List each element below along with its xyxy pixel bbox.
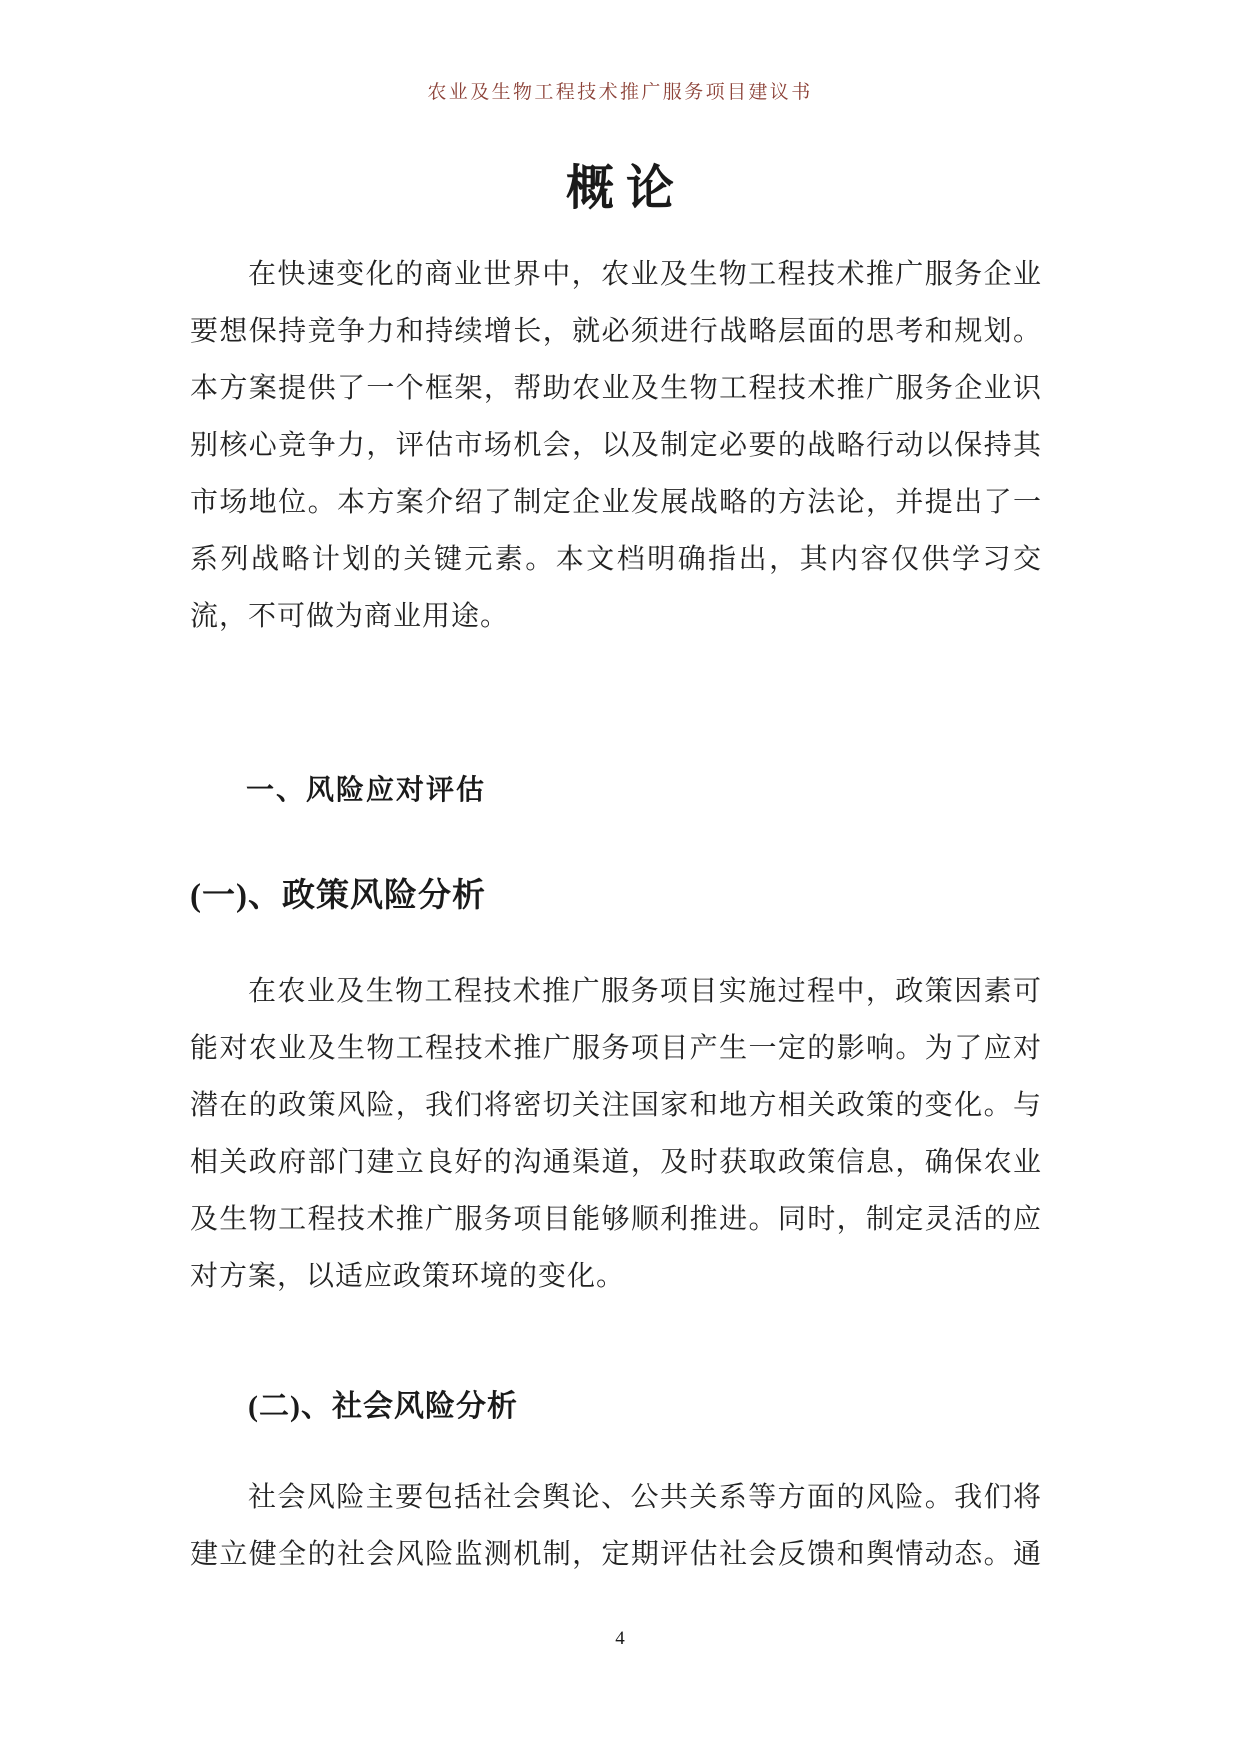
document-title: 概论 [0, 159, 1240, 219]
text-line: 系列战略计划的关键元素。本文档明确指出，其内容仅供学习交 [190, 531, 1042, 588]
text-line: 及生物工程技术推广服务项目能够顺利推进。同时，制定灵活的应 [190, 1191, 1042, 1248]
heading-policy-risk: (一)、政策风险分析 [190, 874, 1042, 918]
text-line: 在快速变化的商业世界中，农业及生物工程技术推广服务企业 [190, 246, 1042, 303]
text-line: 要想保持竞争力和持续增长，就必须进行战略层面的思考和规划。 [190, 303, 1042, 360]
document-page: 农业及生物工程技术推广服务项目建议书 概论 在快速变化的商业世界中，农业及生物工… [0, 0, 1240, 1753]
heading-social-risk: (二)、社会风险分析 [190, 1386, 1042, 1428]
heading-risk-assessment: 一、风险应对评估 [190, 771, 1042, 811]
text-line: 能对农业及生物工程技术推广服务项目产生一定的影响。为了应对 [190, 1020, 1042, 1077]
text-line: 相关政府部门建立良好的沟通渠道，及时获取政策信息，确保农业 [190, 1134, 1042, 1191]
text-line: 市场地位。本方案介绍了制定企业发展战略的方法论，并提出了一 [190, 474, 1042, 531]
text-line: 别核心竞争力，评估市场机会，以及制定必要的战略行动以保持其 [190, 417, 1042, 474]
paragraph-social-risk: 社会风险主要包括社会舆论、公共关系等方面的风险。我们将建立健全的社会风险监测机制… [190, 1469, 1042, 1583]
text-line: 社会风险主要包括社会舆论、公共关系等方面的风险。我们将 [190, 1469, 1042, 1526]
text-line: 潜在的政策风险，我们将密切关注国家和地方相关政策的变化。与 [190, 1077, 1042, 1134]
text-line: 本方案提供了一个框架，帮助农业及生物工程技术推广服务企业识 [190, 360, 1042, 417]
text-line: 建立健全的社会风险监测机制，定期评估社会反馈和舆情动态。通 [190, 1526, 1042, 1583]
text-line: 对方案，以适应政策环境的变化。 [190, 1248, 1042, 1305]
paragraph-policy-risk: 在农业及生物工程技术推广服务项目实施过程中，政策因素可能对农业及生物工程技术推广… [190, 963, 1042, 1305]
paragraph-intro: 在快速变化的商业世界中，农业及生物工程技术推广服务企业要想保持竞争力和持续增长，… [190, 246, 1042, 645]
text-line: 在农业及生物工程技术推广服务项目实施过程中，政策因素可 [190, 963, 1042, 1020]
page-number: 4 [0, 1627, 1240, 1651]
text-line: 流，不可做为商业用途。 [190, 588, 1042, 645]
page-header-text: 农业及生物工程技术推广服务项目建议书 [0, 80, 1240, 106]
